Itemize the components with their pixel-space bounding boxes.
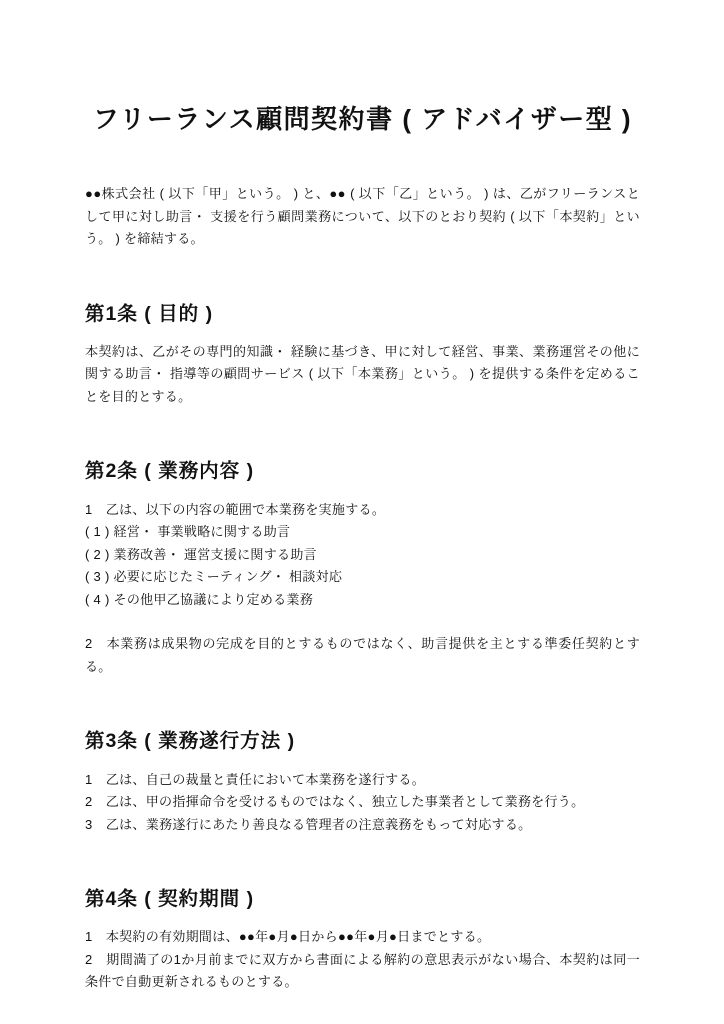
preamble-paragraph: ●●株式会社 ( 以下「甲」という。 ) と、●● ( 以下「乙」という。 ) …	[85, 183, 640, 251]
article-3-body: 1 乙は、自己の裁量と責任において本業務を遂行する。 2 乙は、甲の指揮命令を受…	[85, 769, 640, 837]
article-3-clause-1: 1 乙は、自己の裁量と責任において本業務を遂行する。	[85, 769, 640, 792]
article-2-clause-1: 1 乙は、以下の内容の範囲で本業務を実施する。	[85, 499, 640, 522]
article-1-body: 本契約は、乙がその専門的知識・ 経験に基づき、甲に対して経営、事業、業務運営その…	[85, 341, 640, 409]
article-2-subitem-4: ( 4 ) その他甲乙協議により定める業務	[85, 589, 640, 612]
article-2-subitem-3: ( 3 ) 必要に応じたミーティング・ 相談対応	[85, 566, 640, 589]
section-article-2: 第2条 ( 業務内容 ) 1 乙は、以下の内容の範囲で本業務を実施する。 ( 1…	[85, 459, 640, 678]
article-3-clause-3: 3 乙は、業務遂行にあたり善良なる管理者の注意義務をもって対応する。	[85, 814, 640, 837]
article-2-subitem-1: ( 1 ) 経営・ 事業戦略に関する助言	[85, 521, 640, 544]
article-1-heading: 第1条 ( 目的 )	[85, 302, 640, 327]
article-1-paragraph: 本契約は、乙がその専門的知識・ 経験に基づき、甲に対して経営、事業、業務運営その…	[85, 341, 640, 409]
article-4-heading: 第4条 ( 契約期間 )	[85, 887, 640, 912]
article-4-body: 1 本契約の有効期間は、●●年●月●日から●●年●月●日までとする。 2 期間満…	[85, 926, 640, 994]
section-article-3: 第3条 ( 業務遂行方法 ) 1 乙は、自己の裁量と責任において本業務を遂行する…	[85, 729, 640, 836]
document-title: フリーランス顧問契約書 ( アドバイザー型 )	[85, 0, 640, 137]
article-4-clause-1: 1 本契約の有効期間は、●●年●月●日から●●年●月●日までとする。	[85, 926, 640, 949]
article-2-heading: 第2条 ( 業務内容 )	[85, 459, 640, 484]
article-3-clause-2: 2 乙は、甲の指揮命令を受けるものではなく、独立した事業者として業務を行う。	[85, 791, 640, 814]
document-page: フリーランス顧問契約書 ( アドバイザー型 ) ●●株式会社 ( 以下「甲」とい…	[0, 0, 724, 1024]
article-2-clause-2: 2 本業務は成果物の完成を目的とするものではなく、助言提供を主とする準委任契約と…	[85, 633, 640, 678]
article-3-heading: 第3条 ( 業務遂行方法 )	[85, 729, 640, 754]
section-article-4: 第4条 ( 契約期間 ) 1 本契約の有効期間は、●●年●月●日から●●年●月●…	[85, 887, 640, 994]
article-2-body: 1 乙は、以下の内容の範囲で本業務を実施する。 ( 1 ) 経営・ 事業戦略に関…	[85, 499, 640, 679]
section-article-1: 第1条 ( 目的 ) 本契約は、乙がその専門的知識・ 経験に基づき、甲に対して経…	[85, 302, 640, 409]
article-4-clause-2: 2 期間満了の1か月前までに双方から書面による解約の意思表示がない場合、本契約は…	[85, 949, 640, 994]
article-2-subitem-2: ( 2 ) 業務改善・ 運営支援に関する助言	[85, 544, 640, 567]
